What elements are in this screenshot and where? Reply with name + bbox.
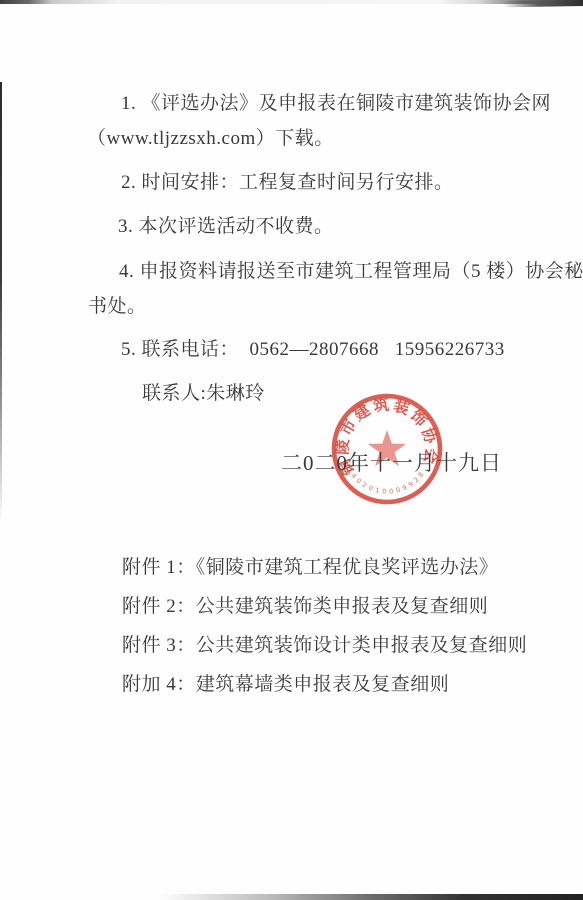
item-3: 3. 本次评选活动不收费。: [118, 216, 334, 238]
scan-edge-top-right: [503, 0, 583, 7]
attachment-item-3: 附件 3：公共建筑装饰设计类申报表及复查细则: [122, 635, 527, 657]
item-5: 5. 联系电话： 0562—2807668 15956226733: [121, 339, 505, 361]
attachment-item-2: 附件 2：公共建筑装饰类申报表及复查细则: [122, 596, 488, 618]
item-1-line-2: （www.tljzzsxh.com）下载。: [87, 128, 334, 150]
scanned-document-page: 1. 《评选办法》及申报表在铜陵市建筑装饰协会网 （www.tljzzsxh.c…: [0, 0, 583, 900]
scan-edge-bottom: [160, 894, 583, 900]
scan-edge-top: [0, 0, 583, 4]
contact-line: 联系人:朱琳玲: [142, 383, 265, 405]
attachment-item-4: 附加 4：建筑幕墙类申报表及复查细则: [122, 674, 449, 696]
item-4-line-2: 书处。: [88, 296, 147, 318]
official-seal: 铜陵市建筑装饰协会 3402010009928: [328, 390, 446, 508]
document-date: 二0二0年十一月十九日: [281, 451, 502, 475]
attachment-item-1: 附件 1：《铜陵市建筑工程优良奖评选办法》: [122, 557, 498, 579]
item-4-line-1: 4. 申报资料请报送至市建筑工程管理局（5 楼）协会秘: [119, 261, 583, 283]
scan-edge-left: [0, 82, 2, 522]
item-1-line-1: 1. 《评选办法》及申报表在铜陵市建筑装饰协会网: [121, 93, 551, 115]
item-2: 2. 时间安排：工程复查时间另行安排。: [121, 172, 454, 194]
